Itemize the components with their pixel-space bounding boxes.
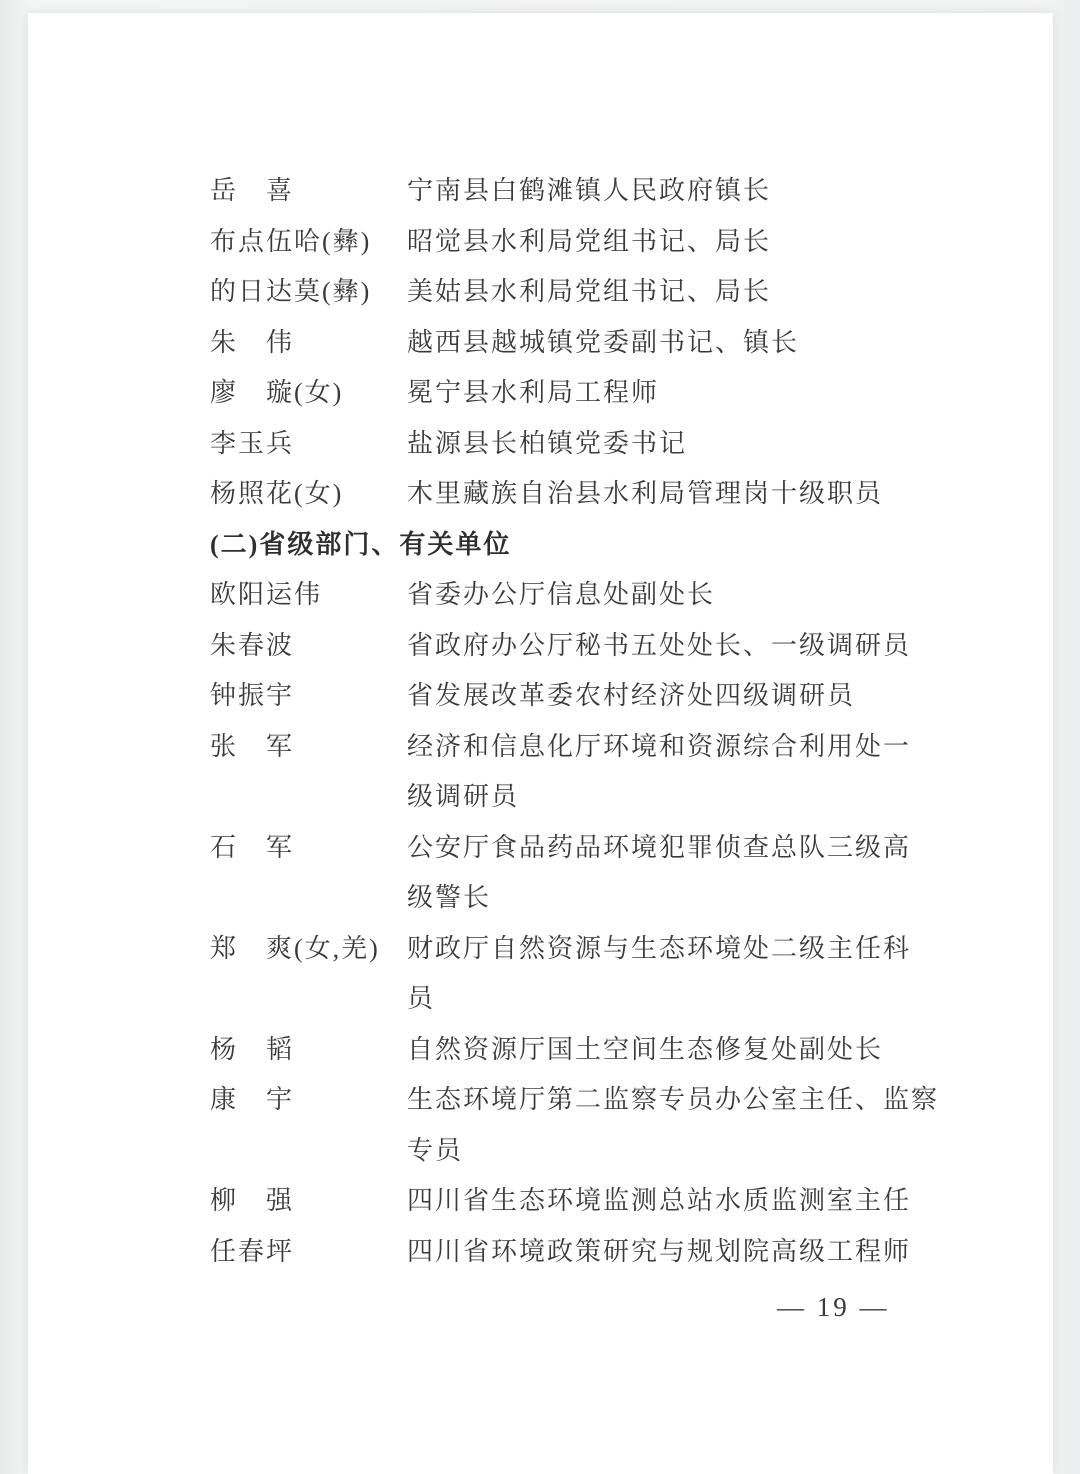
- person-position: 冕宁县水利局工程师: [407, 368, 987, 419]
- person-position: 四川省生态环境监测总站水质监测室主任: [407, 1176, 987, 1227]
- list-item: 布点伍哈(彝) 昭觉县水利局党组书记、局长: [210, 217, 1053, 268]
- person-name: 杨照花(女): [210, 469, 407, 520]
- list-item: 康 宇 生态环境厅第二监察专员办公室主任、监察 专员: [210, 1075, 1053, 1176]
- person-position: 越西县越城镇党委副书记、镇长: [407, 318, 987, 369]
- person-position: 省委办公厅信息处副处长: [407, 570, 987, 621]
- list-item: 朱春波 省政府办公厅秘书五处处长、一级调研员: [210, 621, 1053, 672]
- person-name: 石 军: [210, 823, 407, 874]
- person-name: 欧阳运伟: [210, 570, 407, 621]
- person-position: 四川省环境政策研究与规划院高级工程师: [407, 1227, 987, 1278]
- document-page: 岳 喜 宁南县白鹤滩镇人民政府镇长 布点伍哈(彝) 昭觉县水利局党组书记、局长 …: [28, 13, 1053, 1474]
- person-name: 的日达莫(彝): [210, 267, 407, 318]
- section-header-row: (二)省级部门、有关单位: [210, 520, 1053, 571]
- person-name: 布点伍哈(彝): [210, 217, 407, 268]
- person-name: 廖 璇(女): [210, 368, 407, 419]
- person-name: 朱 伟: [210, 318, 407, 369]
- person-name: 李玉兵: [210, 419, 407, 470]
- section-heading: (二)省级部门、有关单位: [210, 520, 511, 571]
- person-position: 财政厅自然资源与生态环境处二级主任科 员: [407, 924, 987, 1025]
- list-item: 张 军 经济和信息化厅环境和资源综合利用处一 级调研员: [210, 722, 1053, 823]
- person-name: 郑 爽(女,羌): [210, 924, 407, 975]
- person-name: 钟振宇: [210, 671, 407, 722]
- award-list: 岳 喜 宁南县白鹤滩镇人民政府镇长 布点伍哈(彝) 昭觉县水利局党组书记、局长 …: [28, 13, 1053, 1277]
- list-item: 廖 璇(女) 冕宁县水利局工程师: [210, 368, 1053, 419]
- person-position: 盐源县长柏镇党委书记: [407, 419, 987, 470]
- person-position: 木里藏族自治县水利局管理岗十级职员: [407, 469, 987, 520]
- list-item: 杨 韬 自然资源厅国土空间生态修复处副处长: [210, 1025, 1053, 1076]
- person-position: 自然资源厅国土空间生态修复处副处长: [407, 1025, 987, 1076]
- list-item: 朱 伟 越西县越城镇党委副书记、镇长: [210, 318, 1053, 369]
- list-item: 石 军 公安厅食品药品环境犯罪侦查总队三级高 级警长: [210, 823, 1053, 924]
- person-position: 公安厅食品药品环境犯罪侦查总队三级高 级警长: [407, 823, 987, 924]
- list-item: 李玉兵 盐源县长柏镇党委书记: [210, 419, 1053, 470]
- person-position: 美姑县水利局党组书记、局长: [407, 267, 987, 318]
- person-position: 省发展改革委农村经济处四级调研员: [407, 671, 987, 722]
- list-item: 钟振宇 省发展改革委农村经济处四级调研员: [210, 671, 1053, 722]
- person-position: 省政府办公厅秘书五处处长、一级调研员: [407, 621, 987, 672]
- person-name: 任春坪: [210, 1227, 407, 1278]
- list-item: 柳 强 四川省生态环境监测总站水质监测室主任: [210, 1176, 1053, 1227]
- list-item: 岳 喜 宁南县白鹤滩镇人民政府镇长: [210, 166, 1053, 217]
- person-name: 朱春波: [210, 621, 407, 672]
- list-item: 郑 爽(女,羌) 财政厅自然资源与生态环境处二级主任科 员: [210, 924, 1053, 1025]
- person-name: 张 军: [210, 722, 407, 773]
- person-name: 柳 强: [210, 1176, 407, 1227]
- list-item: 的日达莫(彝) 美姑县水利局党组书记、局长: [210, 267, 1053, 318]
- page-number: — 19 —: [777, 1289, 1053, 1325]
- person-name: 岳 喜: [210, 166, 407, 217]
- person-position: 经济和信息化厅环境和资源综合利用处一 级调研员: [407, 722, 987, 823]
- person-position: 生态环境厅第二监察专员办公室主任、监察 专员: [407, 1075, 987, 1176]
- person-name: 杨 韬: [210, 1025, 407, 1076]
- list-item: 任春坪 四川省环境政策研究与规划院高级工程师: [210, 1227, 1053, 1278]
- person-position: 宁南县白鹤滩镇人民政府镇长: [407, 166, 987, 217]
- scan-background: 岳 喜 宁南县白鹤滩镇人民政府镇长 布点伍哈(彝) 昭觉县水利局党组书记、局长 …: [0, 0, 1080, 1474]
- list-item: 杨照花(女) 木里藏族自治县水利局管理岗十级职员: [210, 469, 1053, 520]
- person-position: 昭觉县水利局党组书记、局长: [407, 217, 987, 268]
- person-name: 康 宇: [210, 1075, 407, 1126]
- list-item: 欧阳运伟 省委办公厅信息处副处长: [210, 570, 1053, 621]
